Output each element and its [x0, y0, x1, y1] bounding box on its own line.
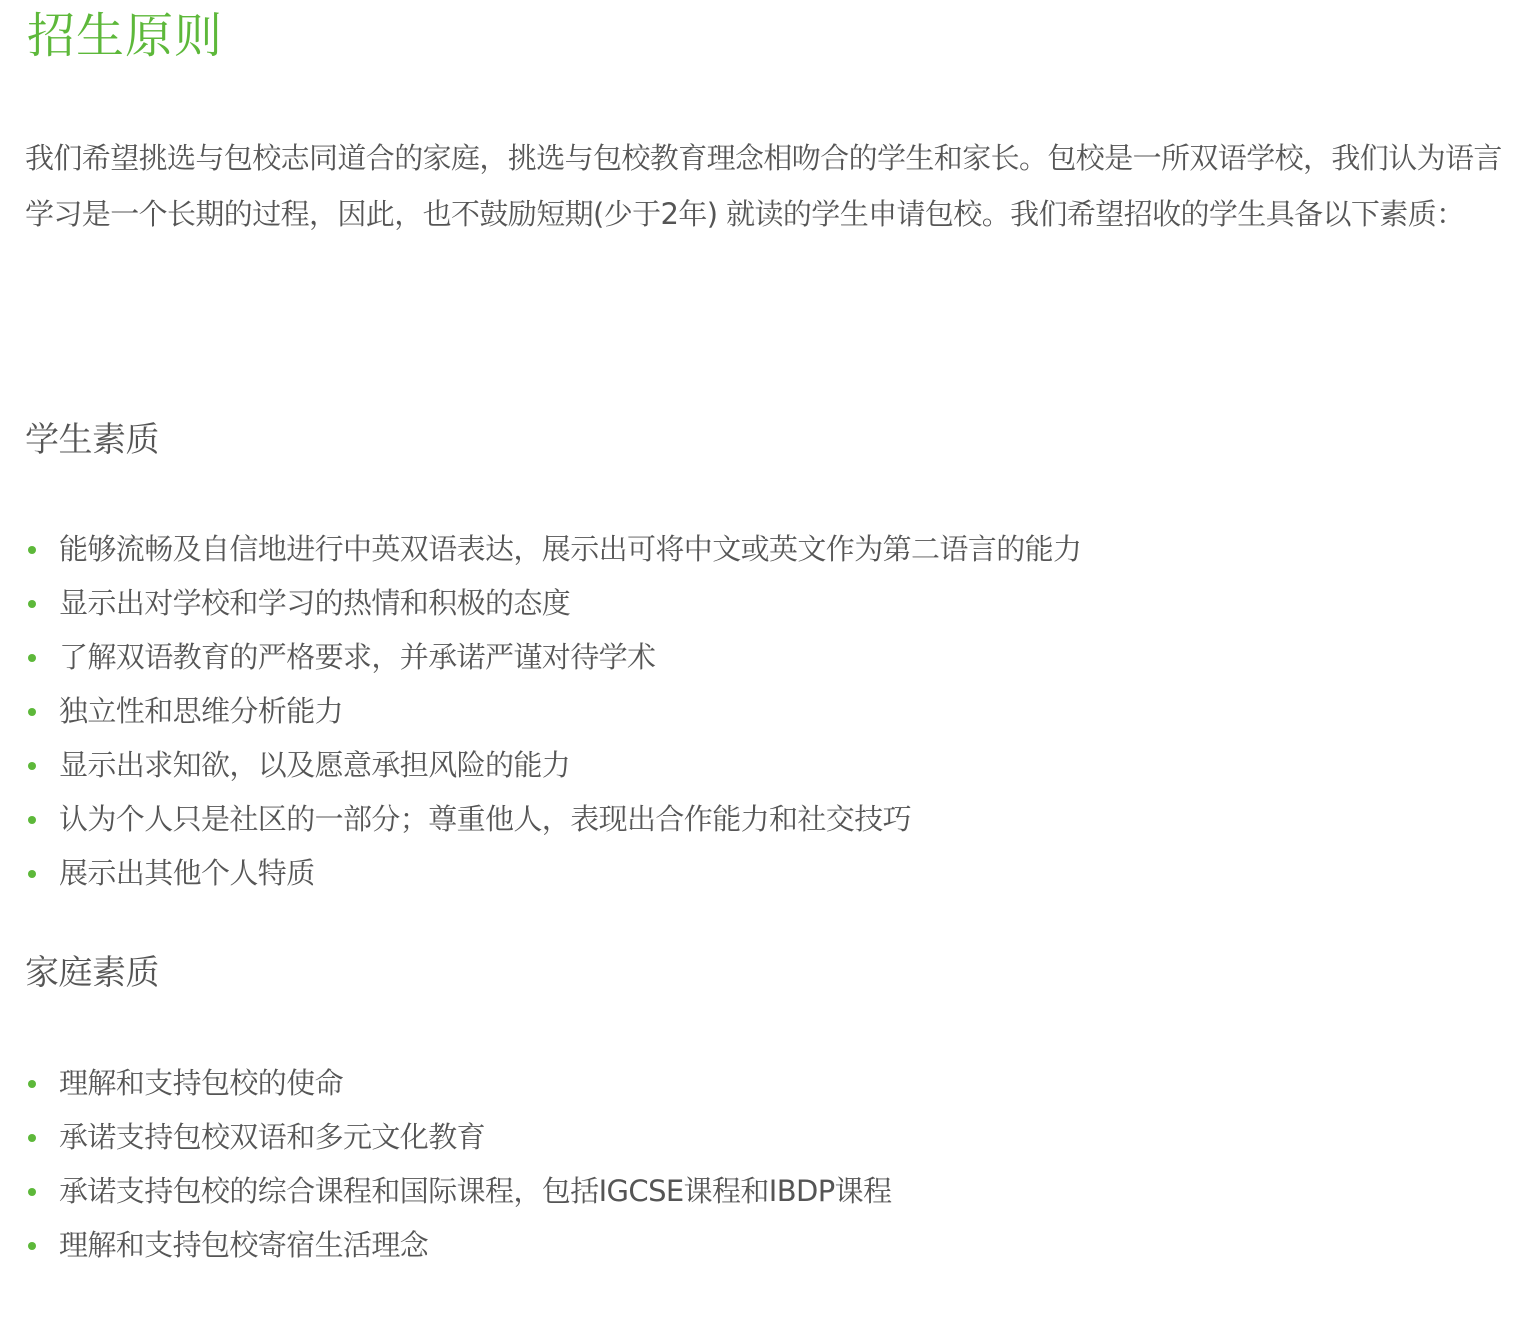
- bullet-dot-icon: [28, 1188, 36, 1196]
- list-item-text: 独立性和思维分析能力: [59, 694, 343, 728]
- bullet-dot-icon: [28, 654, 36, 662]
- list-item-text: 承诺支持包校的综合课程和国际课程，包括IGCSE课程和IBDP课程: [59, 1174, 891, 1208]
- list-item-text: 展示出其他个人特质: [59, 856, 315, 890]
- list-item: 理解和支持包校寄宿生活理念: [25, 1218, 891, 1272]
- list-item: 承诺支持包校的综合课程和国际课程，包括IGCSE课程和IBDP课程: [25, 1164, 891, 1218]
- list-item: 认为个人只是社区的一部分；尊重他人，表现出合作能力和社交技巧: [25, 792, 1081, 846]
- list-item-text: 显示出对学校和学习的热情和积极的态度: [59, 586, 570, 620]
- family-qualities-list: 理解和支持包校的使命 承诺支持包校双语和多元文化教育 承诺支持包校的综合课程和国…: [25, 1056, 891, 1272]
- list-item-text: 显示出求知欲，以及愿意承担风险的能力: [59, 748, 570, 782]
- section-heading-family-qualities: 家庭素质: [25, 951, 159, 995]
- bullet-dot-icon: [28, 1242, 36, 1250]
- bullet-dot-icon: [28, 708, 36, 716]
- list-item-text: 理解和支持包校的使命: [59, 1066, 343, 1100]
- list-item: 了解双语教育的严格要求，并承诺严谨对待学术: [25, 630, 1081, 684]
- list-item: 承诺支持包校双语和多元文化教育: [25, 1110, 891, 1164]
- list-item-text: 承诺支持包校双语和多元文化教育: [59, 1120, 485, 1154]
- list-item-text: 能够流畅及自信地进行中英双语表达，展示出可将中文或英文作为第二语言的能力: [59, 532, 1081, 566]
- list-item-text: 理解和支持包校寄宿生活理念: [59, 1228, 428, 1262]
- list-item: 显示出求知欲，以及愿意承担风险的能力: [25, 738, 1081, 792]
- section-heading-student-qualities: 学生素质: [25, 418, 159, 462]
- student-qualities-list: 能够流畅及自信地进行中英双语表达，展示出可将中文或英文作为第二语言的能力 显示出…: [25, 522, 1081, 900]
- bullet-dot-icon: [28, 870, 36, 878]
- bullet-dot-icon: [28, 546, 36, 554]
- list-item-text: 认为个人只是社区的一部分；尊重他人，表现出合作能力和社交技巧: [59, 802, 911, 836]
- bullet-dot-icon: [28, 762, 36, 770]
- list-item: 能够流畅及自信地进行中英双语表达，展示出可将中文或英文作为第二语言的能力: [25, 522, 1081, 576]
- list-item: 显示出对学校和学习的热情和积极的态度: [25, 576, 1081, 630]
- list-item: 展示出其他个人特质: [25, 846, 1081, 900]
- bullet-dot-icon: [28, 600, 36, 608]
- intro-paragraph: 我们希望挑选与包校志同道合的家庭，挑选与包校教育理念相吻合的学生和家长。包校是一…: [25, 130, 1505, 242]
- list-item-text: 了解双语教育的严格要求，并承诺严谨对待学术: [59, 640, 655, 674]
- bullet-dot-icon: [28, 1080, 36, 1088]
- bullet-dot-icon: [28, 1134, 36, 1142]
- list-item: 理解和支持包校的使命: [25, 1056, 891, 1110]
- list-item: 独立性和思维分析能力: [25, 684, 1081, 738]
- bullet-dot-icon: [28, 816, 36, 824]
- page-title: 招生原则: [27, 6, 223, 66]
